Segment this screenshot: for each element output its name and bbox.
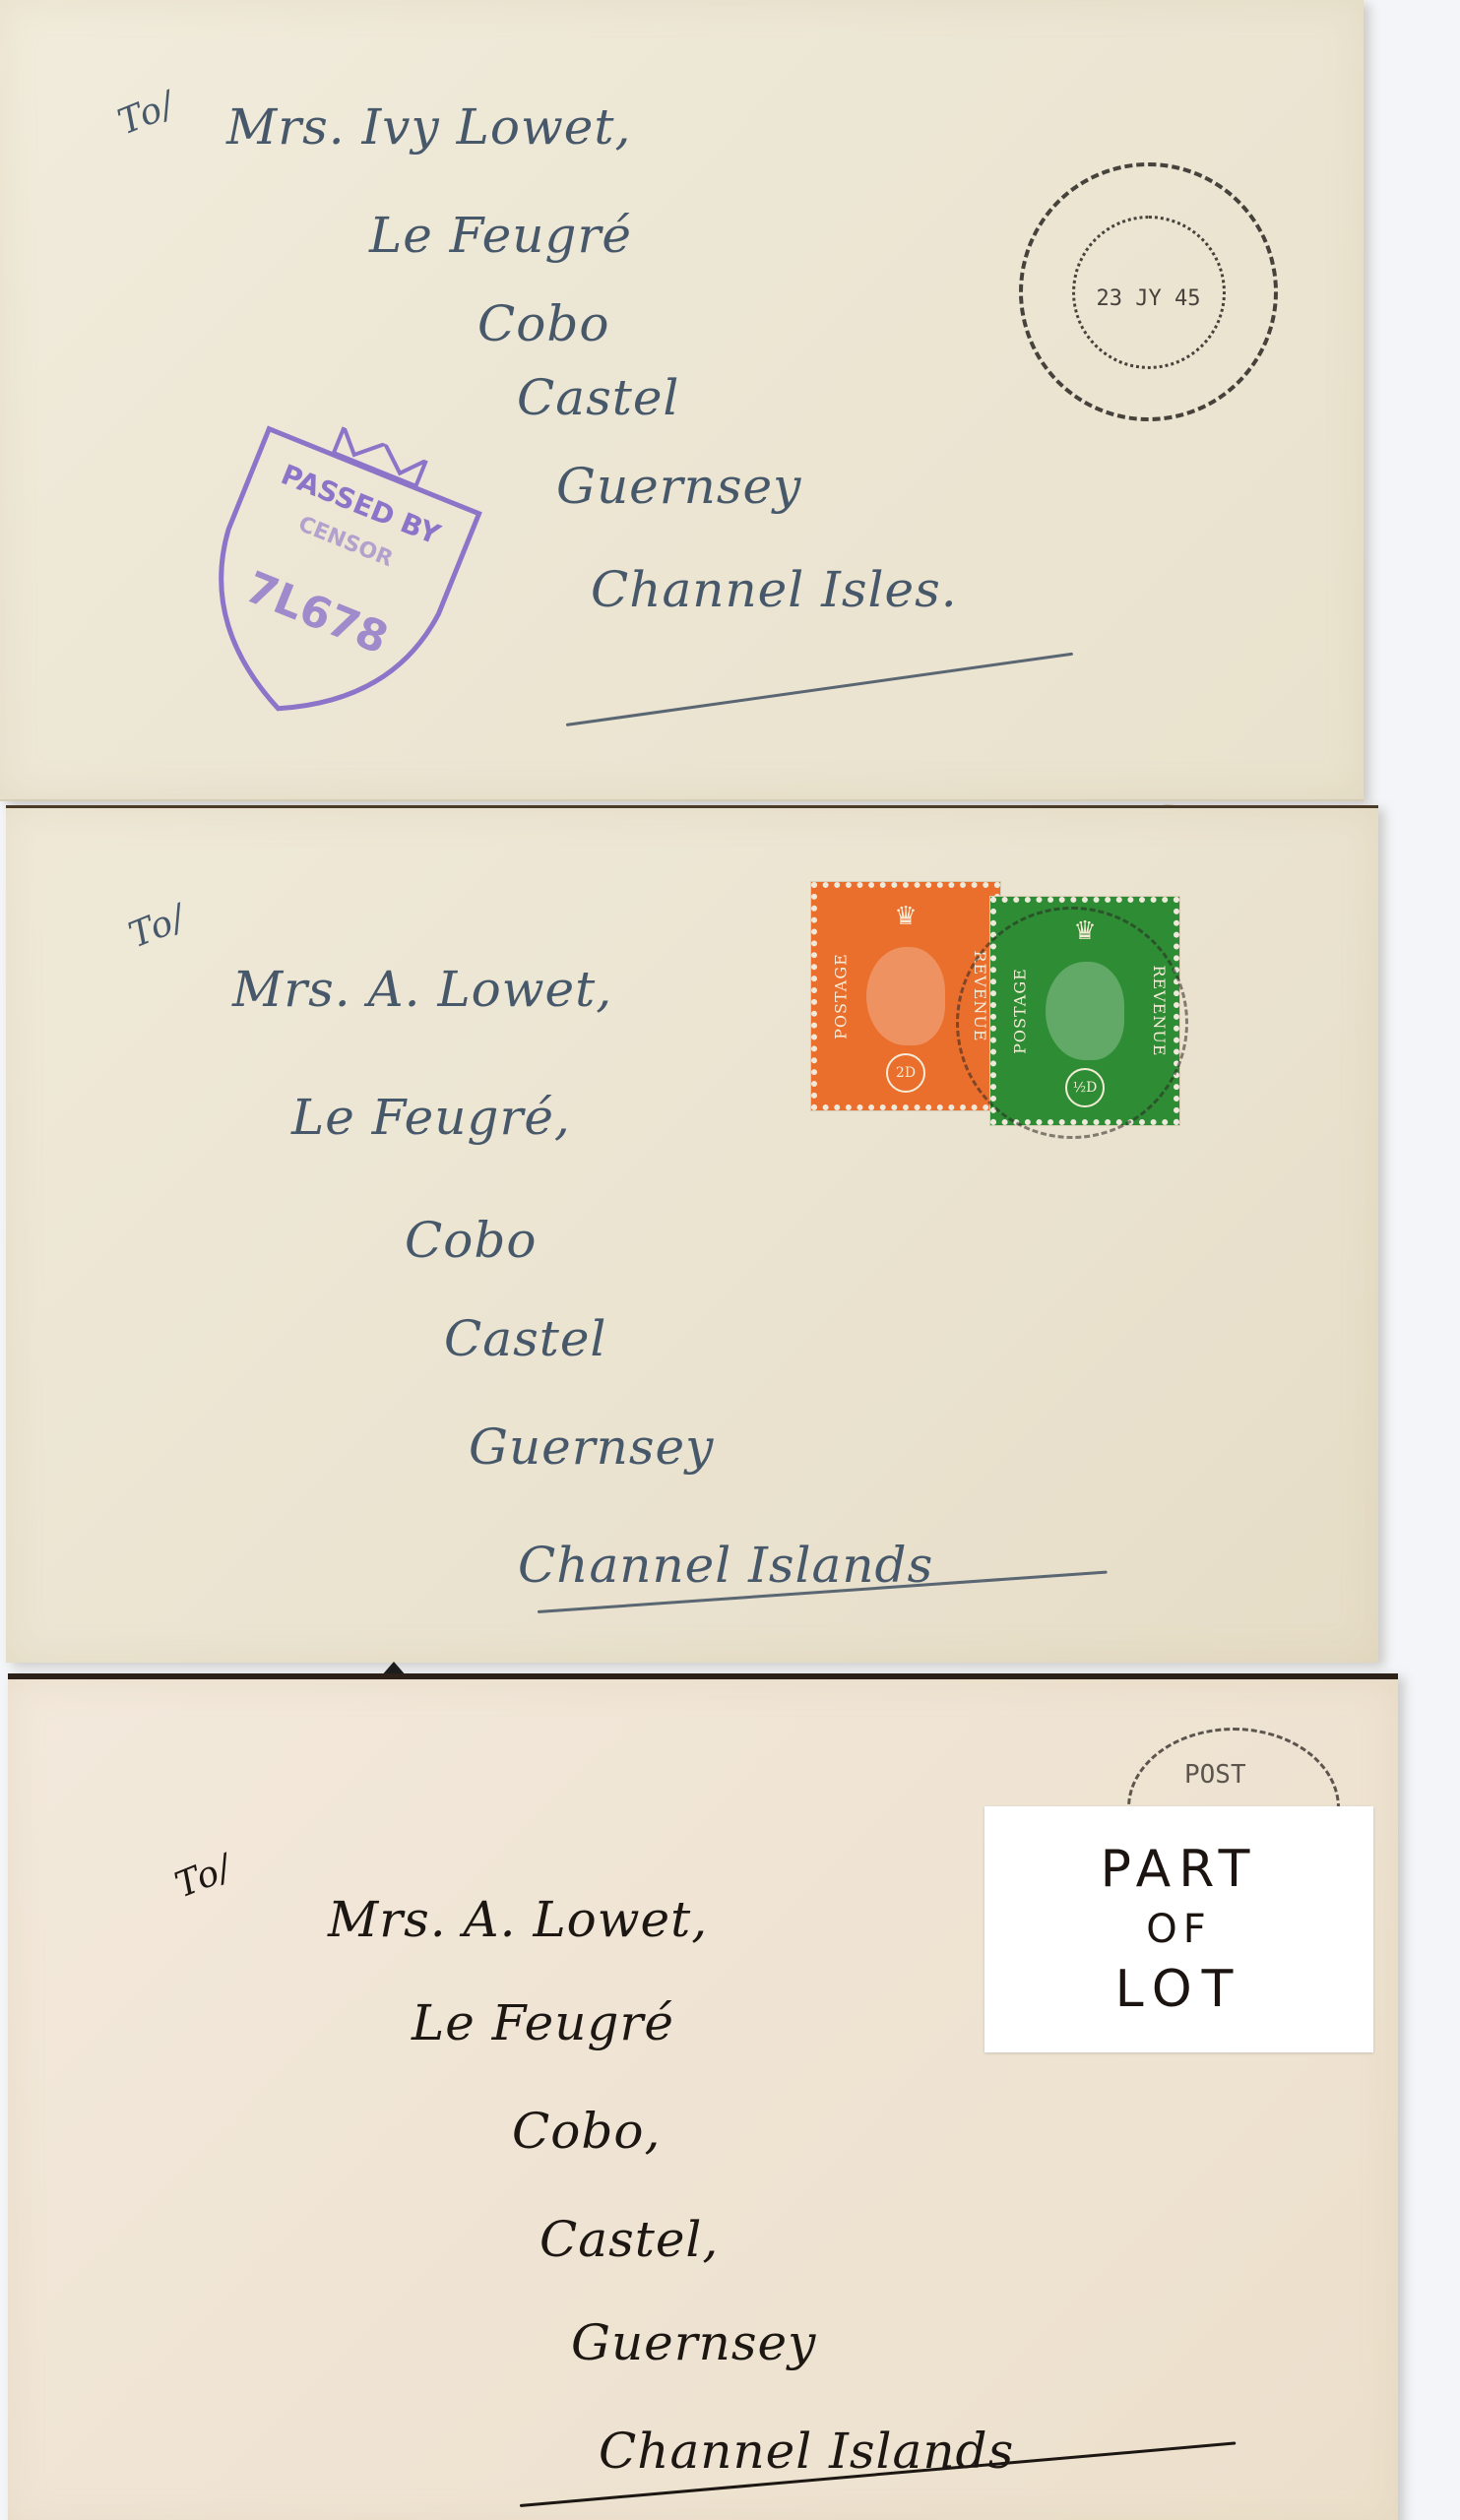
address-line-parish: Castel — [444, 1310, 606, 1367]
envelope-2: To/ Mrs. A. Lowet, Le Feugré, Cobo Caste… — [6, 805, 1378, 1663]
address-line-parish: Castel — [517, 369, 679, 426]
crown-icon: ♛ — [894, 902, 917, 931]
censor-stamp: PASSED BY CENSOR 7L678 — [152, 394, 509, 767]
address-underline — [566, 653, 1073, 726]
address-line-parish: Castel, — [540, 2211, 719, 2268]
address-line-name: Mrs. A. Lowet, — [328, 1891, 708, 1948]
to-prefix: To/ — [112, 85, 180, 144]
address-line-area: Cobo, — [512, 2103, 661, 2160]
address-line-region: Channel Islands — [599, 2423, 1014, 2480]
address-line-island: Guernsey — [469, 1418, 714, 1476]
to-prefix: To/ — [123, 898, 191, 957]
address-line-area: Cobo — [477, 295, 609, 352]
part-of-lot-label: PART OF LOT — [984, 1806, 1373, 2052]
envelope-1: To/ Mrs. Ivy Lowet, Le Feugré Cobo Caste… — [0, 0, 1364, 801]
address-line-house: Le Feugré, — [291, 1089, 571, 1146]
address-line-house: Le Feugré — [369, 207, 632, 264]
address-line-region: Channel Isles. — [591, 561, 958, 618]
address-line-island: Guernsey — [571, 2314, 816, 2371]
circular-datestamp — [956, 907, 1188, 1139]
address-line-region: Channel Islands — [518, 1537, 933, 1594]
address-line-name: Mrs. Ivy Lowet, — [226, 98, 631, 156]
address-line-name: Mrs. A. Lowet, — [232, 961, 612, 1018]
to-prefix: To/ — [169, 1848, 237, 1907]
king-portrait — [866, 947, 945, 1045]
address-line-house: Le Feugré — [412, 1994, 674, 2051]
field-post-office-postmark: 23 JY 45 — [1019, 162, 1278, 421]
address-line-area: Cobo — [405, 1212, 537, 1269]
address-line-island: Guernsey — [556, 458, 801, 515]
